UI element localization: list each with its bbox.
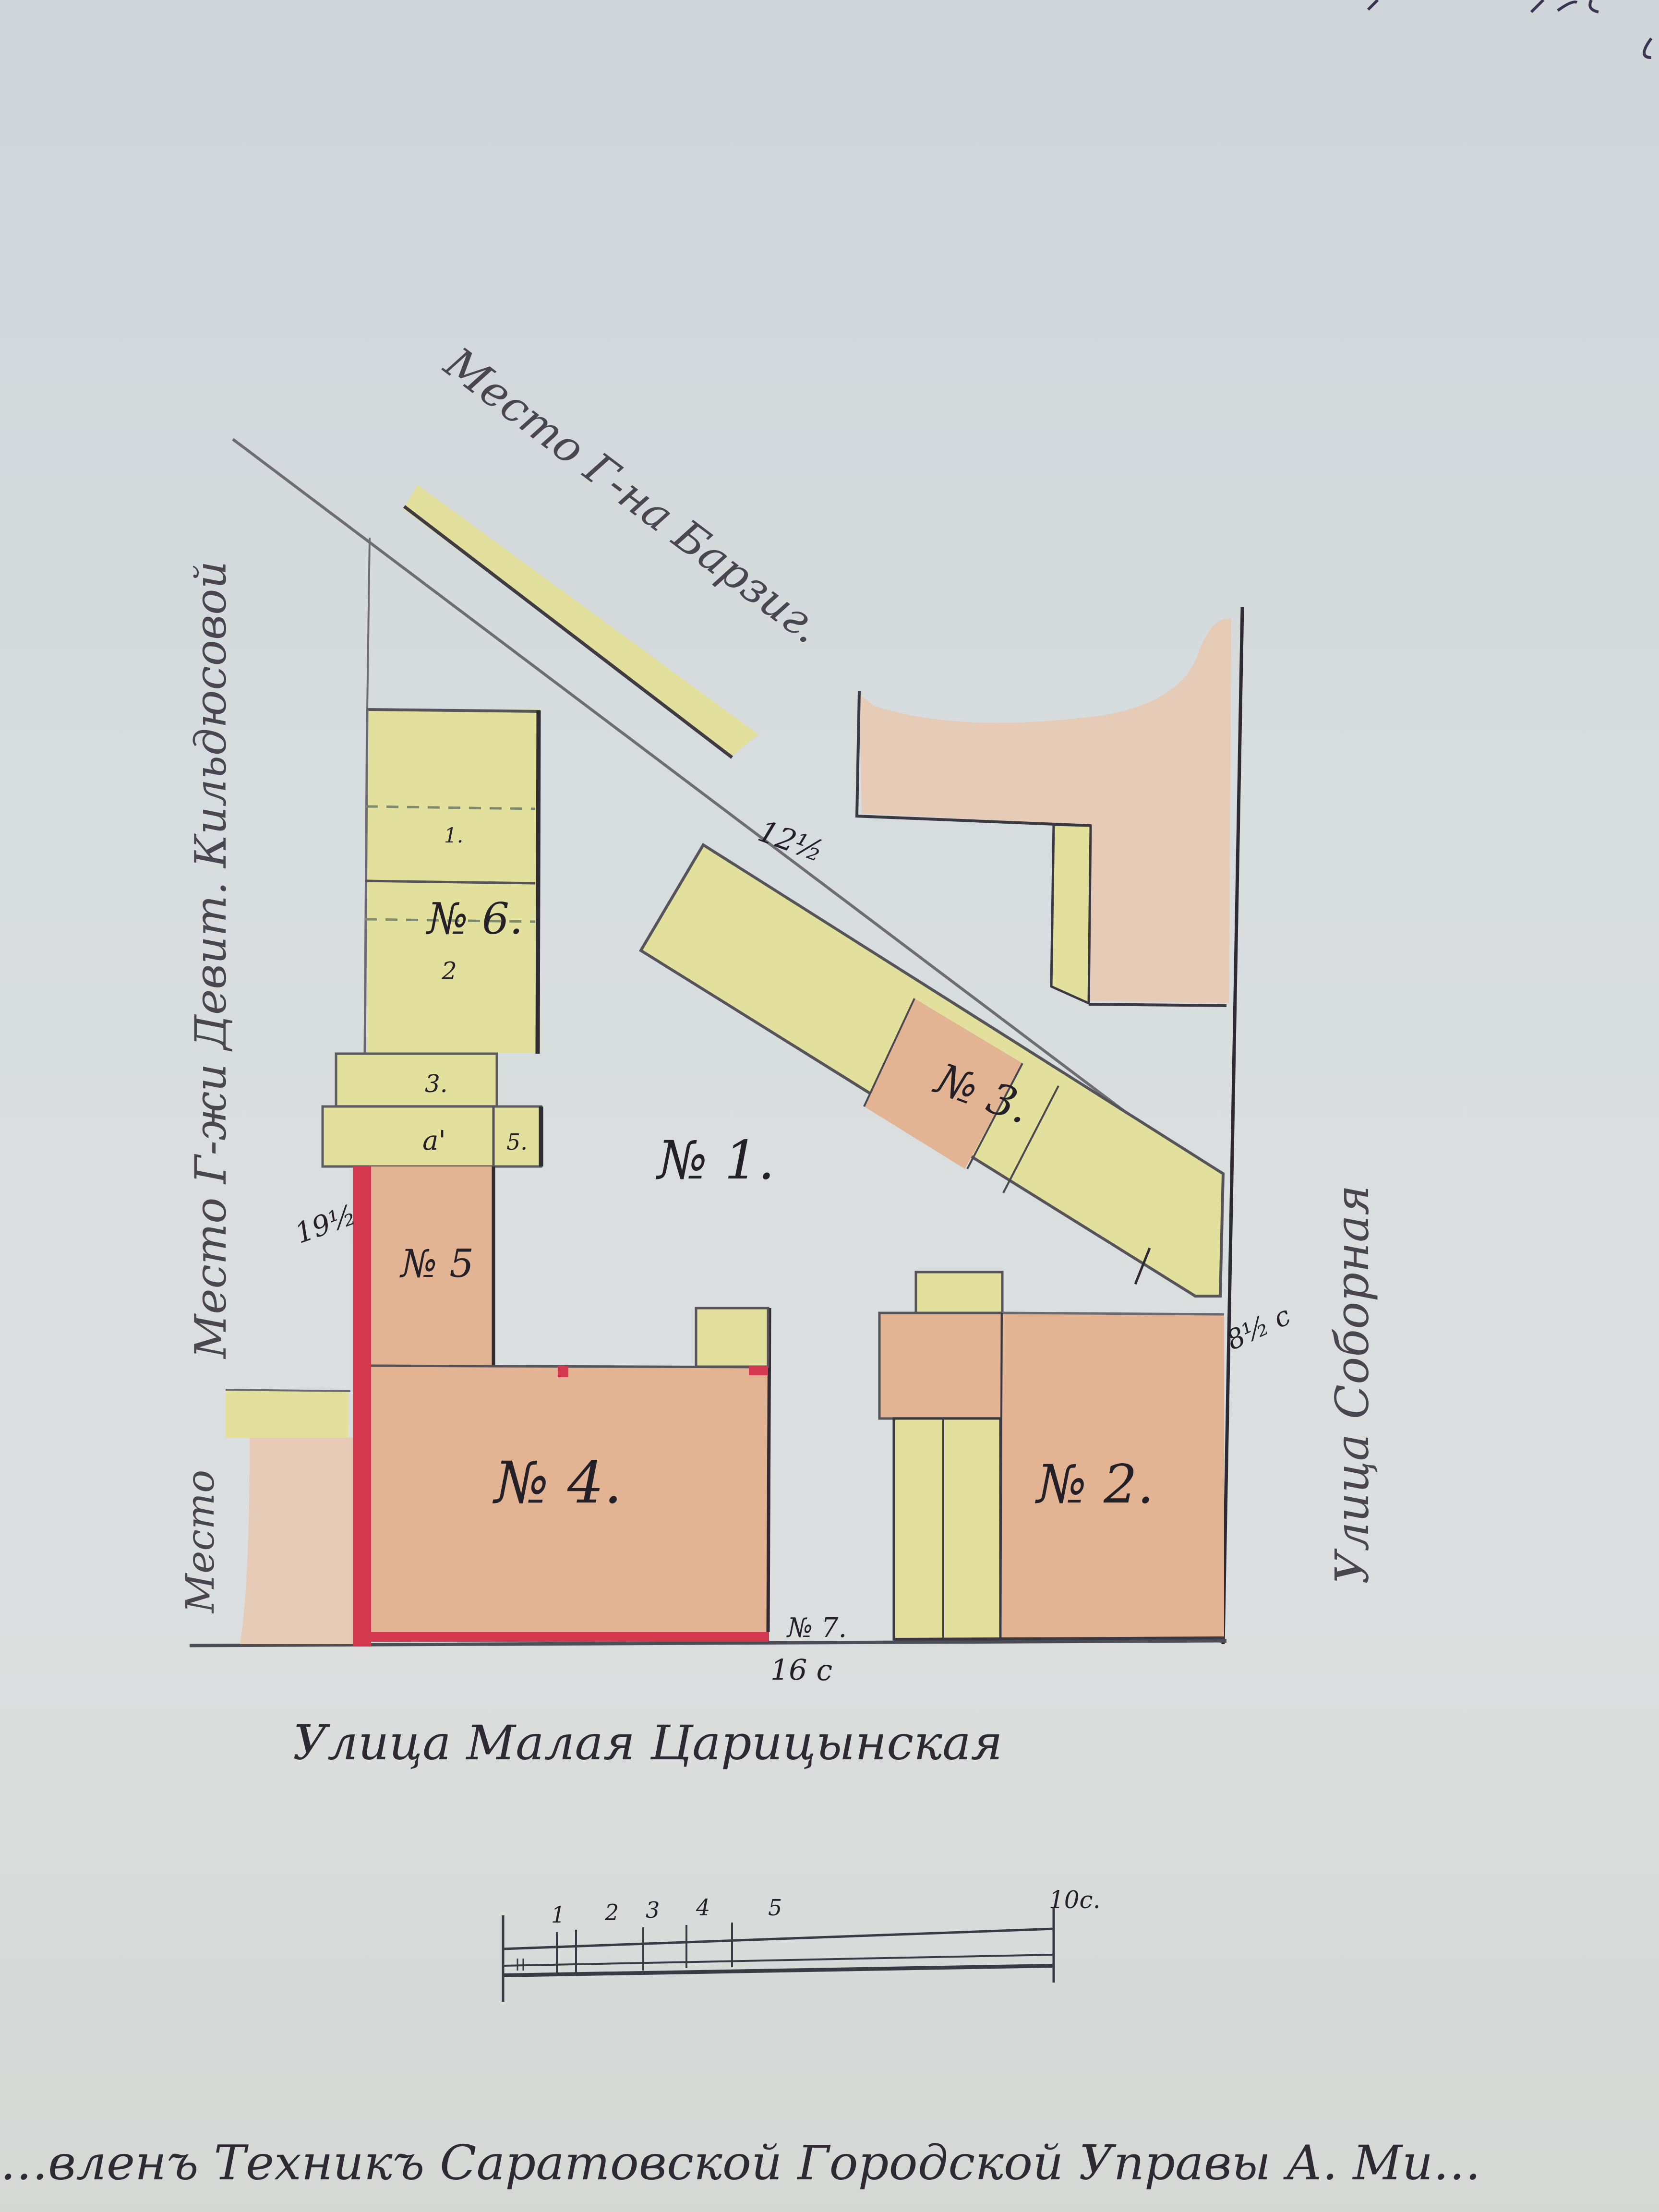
- top-neighbor-label: Место Г-на Барзиг.: [434, 337, 831, 654]
- n4-label: № 4.: [492, 1450, 622, 1516]
- scale-tick-3: 3: [646, 1897, 660, 1923]
- building-n6: [365, 709, 540, 1054]
- building-part-3: [336, 1054, 497, 1106]
- n6-part-1-label: 1.: [444, 824, 463, 847]
- right-street-label: Улица Соборная: [1326, 1185, 1379, 1584]
- scale-tick-4: 4: [696, 1895, 710, 1921]
- neighbor-lower-left: [226, 1390, 353, 1644]
- part-a-label: a': [422, 1125, 446, 1156]
- red-boundary-bottom: [370, 1631, 769, 1642]
- n7-label: № 7.: [786, 1612, 847, 1644]
- n6-label: № 6.: [425, 894, 523, 944]
- scale-bar: [503, 1908, 1054, 2002]
- neighbor-plot-top-right: [859, 619, 1231, 1003]
- bottom-street-label: Улица Малая Царицынская: [293, 1715, 1003, 1771]
- part-3-label: 3.: [425, 1070, 448, 1098]
- site-plan: 1. № 6. 2 3. a' 5. № 3. № 1. № 5: [0, 0, 1659, 2212]
- right-dimension: 8½ с: [1222, 1300, 1296, 1357]
- bottom-dimension: 16 с: [770, 1654, 832, 1687]
- left-lower-neighbor-label: Место: [178, 1470, 223, 1614]
- paper-sheet: 1. № 6. 2 3. a' 5. № 3. № 1. № 5: [0, 0, 1659, 2212]
- n6-part-2-label: 2: [441, 957, 457, 985]
- left-vertical-boundary: [367, 538, 370, 710]
- left-neighbor-label: Место Г-жи Девит. Кильдюсовой: [186, 561, 236, 1359]
- scale-end-label: 10с.: [1049, 1886, 1101, 1914]
- red-boundary-left: [353, 1166, 371, 1647]
- n5-label: № 5: [399, 1241, 474, 1286]
- n2-label: № 2.: [1034, 1454, 1154, 1515]
- n1-label: № 1.: [655, 1130, 775, 1191]
- footer-caption: …вленъ Техникъ Саратовской Городской Упр…: [0, 2135, 1481, 2191]
- scale-tick-1: 1: [551, 1902, 565, 1928]
- header-handwriting-fragment: [1368, 0, 1651, 58]
- scale-tick-5: 5: [768, 1895, 782, 1921]
- part-5-label: 5.: [506, 1129, 528, 1155]
- left-dimension: 19½: [290, 1198, 360, 1250]
- neighbor-yellow-strip: [1051, 825, 1091, 1003]
- scale-tick-2: 2: [604, 1899, 619, 1925]
